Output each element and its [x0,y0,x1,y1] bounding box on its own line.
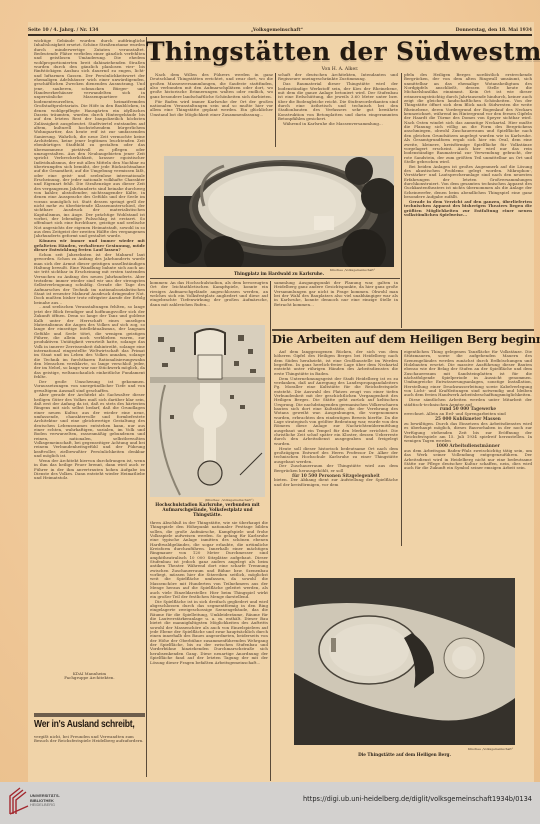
stadium-plan-image [150,325,265,497]
paragraph: Dem Unternehmungsgeist der Stadt Heidelb… [274,377,398,447]
ad-divider-bar [34,713,145,717]
ad-text: vergißt nicht, bei Freunden und Verwandt… [34,735,145,744]
paragraph: kommen: An das Hochschulstadion, als dem… [150,281,268,307]
paragraph: thren Abschluß in der Thingstätte, wie s… [150,521,268,599]
paragraph: Auf dem langgezogenen Rücken, der sich v… [274,350,398,376]
paragraph: ...und seelischen Veranstaltungen fehlte… [34,305,145,379]
paragraph: Wenn der Architekt hiervon durchdrungen … [34,459,145,481]
library-name: UNIVERSITÄTS- BIBLIOTHEK HEIDELBERG [30,794,60,808]
masthead: Seite 10 / 4. Jahrg. / Nr. 134 „Volksgem… [28,26,532,34]
section-rule [150,278,400,279]
photo-caption: Hochschulstadion Karlsruhe, verbunden mi… [150,502,265,517]
main-article-col1: Nach dem Willen des Führers werden in ga… [150,73,273,147]
paragraph: Für Baden wird immer Karlsruhe der Ort d… [150,100,273,117]
main-article-col2: schaft der deutschen Architekten, Intend… [278,73,398,147]
paragraph: Gerade in dem Verzicht auf den ganzen, ü… [404,200,532,217]
second-article-col2: eigentlichen Thing gelegenen Tanzfläche … [404,350,532,546]
photo-credit: Klischee „Volksgemeinschaft“ [468,747,513,751]
photo-caption: Die Thingstätte auf dem Heiligen Berg. [294,752,515,757]
photo-thingstaette-heiliger-berg [294,578,515,745]
paragraph: Die Spielfläche ist in sich dreifach geg… [150,600,268,665]
library-name-line3: HEIDELBERG [30,803,60,808]
paragraph: zu bewältigen. Durch das Einsetzen des A… [404,422,532,444]
paragraph: Das Baumaterial dieser Thingstätte wird … [278,82,398,121]
paragraph: sammlung Ausgangspunkt der Planung war, … [274,281,398,307]
paragraph: Aber gerade der Architekt als Sachwalter… [34,393,145,458]
paragraph: Der große Umschwung ist gekommen. Voraus… [34,380,145,393]
masthead-issue: Seite 10 / 4. Jahrg. / Nr. 134 [28,28,98,33]
main-article-col3-lower: sammlung Ausgangspunkt der Planung war, … [274,281,398,325]
paragraph: Während in Karlsruhe die Massenversammlu… [278,122,398,126]
paragraph: bieten. Der Abhang dient zur Aufstellung… [274,478,398,487]
second-headline: Die Arbeiten auf dem Heiligen Berg begin… [272,332,534,346]
ad-title: Wer in's Ausland schreibt, [34,719,129,730]
masthead-rule [28,34,532,36]
paragraph: Der Zuschauerraum der Thingstätte wird a… [274,464,398,473]
second-article-col1: Auf dem langgezogenen Rücken, der sich v… [274,350,398,546]
left-column-article: wichtige Gebäude wurden durch aufdringli… [34,39,145,671]
column-rule [146,37,147,777]
library-footer: UNIVERSITÄTS- BIBLIOTHEK HEIDELBERG http… [0,782,540,824]
column-rule [401,350,402,546]
main-article-col2-lower: kommen: An das Hochschulstadion, als dem… [150,281,268,321]
main-article-col3: pfeln des Heiligen Berges nordöstlich er… [404,73,532,328]
heiliger-berg-aerial-image [294,578,515,745]
signature: KDAI Mannheim Fachgruppe Architekten. [34,672,145,681]
byline: Von H. A. Alker. [146,67,534,72]
paragraph: wichtige Gebäude wurden durch aufdringli… [34,39,145,239]
section-rule [272,329,534,331]
source-url-link[interactable]: https://digi.ub.uni-heidelberg.de/diglit… [303,795,532,803]
column-rule [270,281,271,781]
thingplatz-aerial-image [164,156,394,267]
paragraph: Schon seit Jahrzehnten ist der Mahnruf l… [34,253,145,305]
masthead-paper-name: „Volksgemeinschaft“ [251,28,303,33]
paragraph: Nach dem Willen des Führers werden in ga… [150,73,273,99]
masthead-date: Donnerstag, den 18. Mai 1934 [456,28,532,33]
paragraph: pfeln des Heiligen Berges nordöstlich er… [404,73,532,164]
paragraph: Bei beiden Anlagen ist großes Augenmerk … [404,165,532,200]
signature-group: Fachgruppe Architekten. [34,676,145,680]
photo-hochschulstadion-plan [150,325,265,497]
paragraph: Heute soll dieser historisch bedeutsame … [274,447,398,464]
university-library-logo-icon [6,786,30,816]
column-rule [401,73,402,328]
paragraph-emphasis: Können wir immer und immer wieder mit ge… [34,239,145,252]
main-article-bottom-left: thren Abschluß in der Thingstätte, wie s… [150,521,268,779]
paragraph: aus dem Arbeitsgau Baden-Pfalz zweischic… [404,449,532,471]
photo-caption: Thingplatz im Hardwald zu Karlsruhe. [164,271,394,276]
main-headline: Thingstätten der Südwestmark [146,37,534,67]
column-rule [275,73,276,147]
paragraph: eigentlichen Thing gelegenen Tanzfläche … [404,350,532,398]
photo-thingplatz-karlsruhe [164,156,394,267]
